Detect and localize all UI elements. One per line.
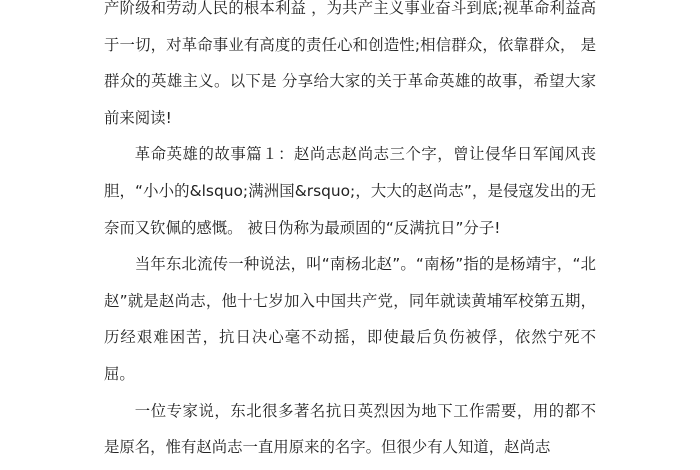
paragraph-nanyang-beizhao: 当年东北流传一种说法，叫“南杨北赵”。“南杨”指的是杨靖宇，“北赵”就是赵尚志，… [104,246,596,392]
article-body: 产阶级和劳动人民的根本利益 ，为共产主义事业奋斗到底;视革命利益高于一切，对革命… [104,0,596,466]
paragraph-story-1: 革命英雄的故事篇１：赵尚志赵尚志三个字，曾让侵华日军闻风丧胆，“小小的&lsqu… [104,136,596,246]
paragraph-intro: 产阶级和劳动人民的根本利益 ，为共产主义事业奋斗到底;视革命利益高于一切，对革命… [104,0,596,136]
document-page: 产阶级和劳动人民的根本利益 ，为共产主义事业奋斗到底;视革命利益高于一切，对革命… [0,0,700,470]
paragraph-expert-quote: 一位专家说，东北很多著名抗日英烈因为地下工作需要，用的都不是原名，惟有赵尚志一直… [104,393,596,466]
